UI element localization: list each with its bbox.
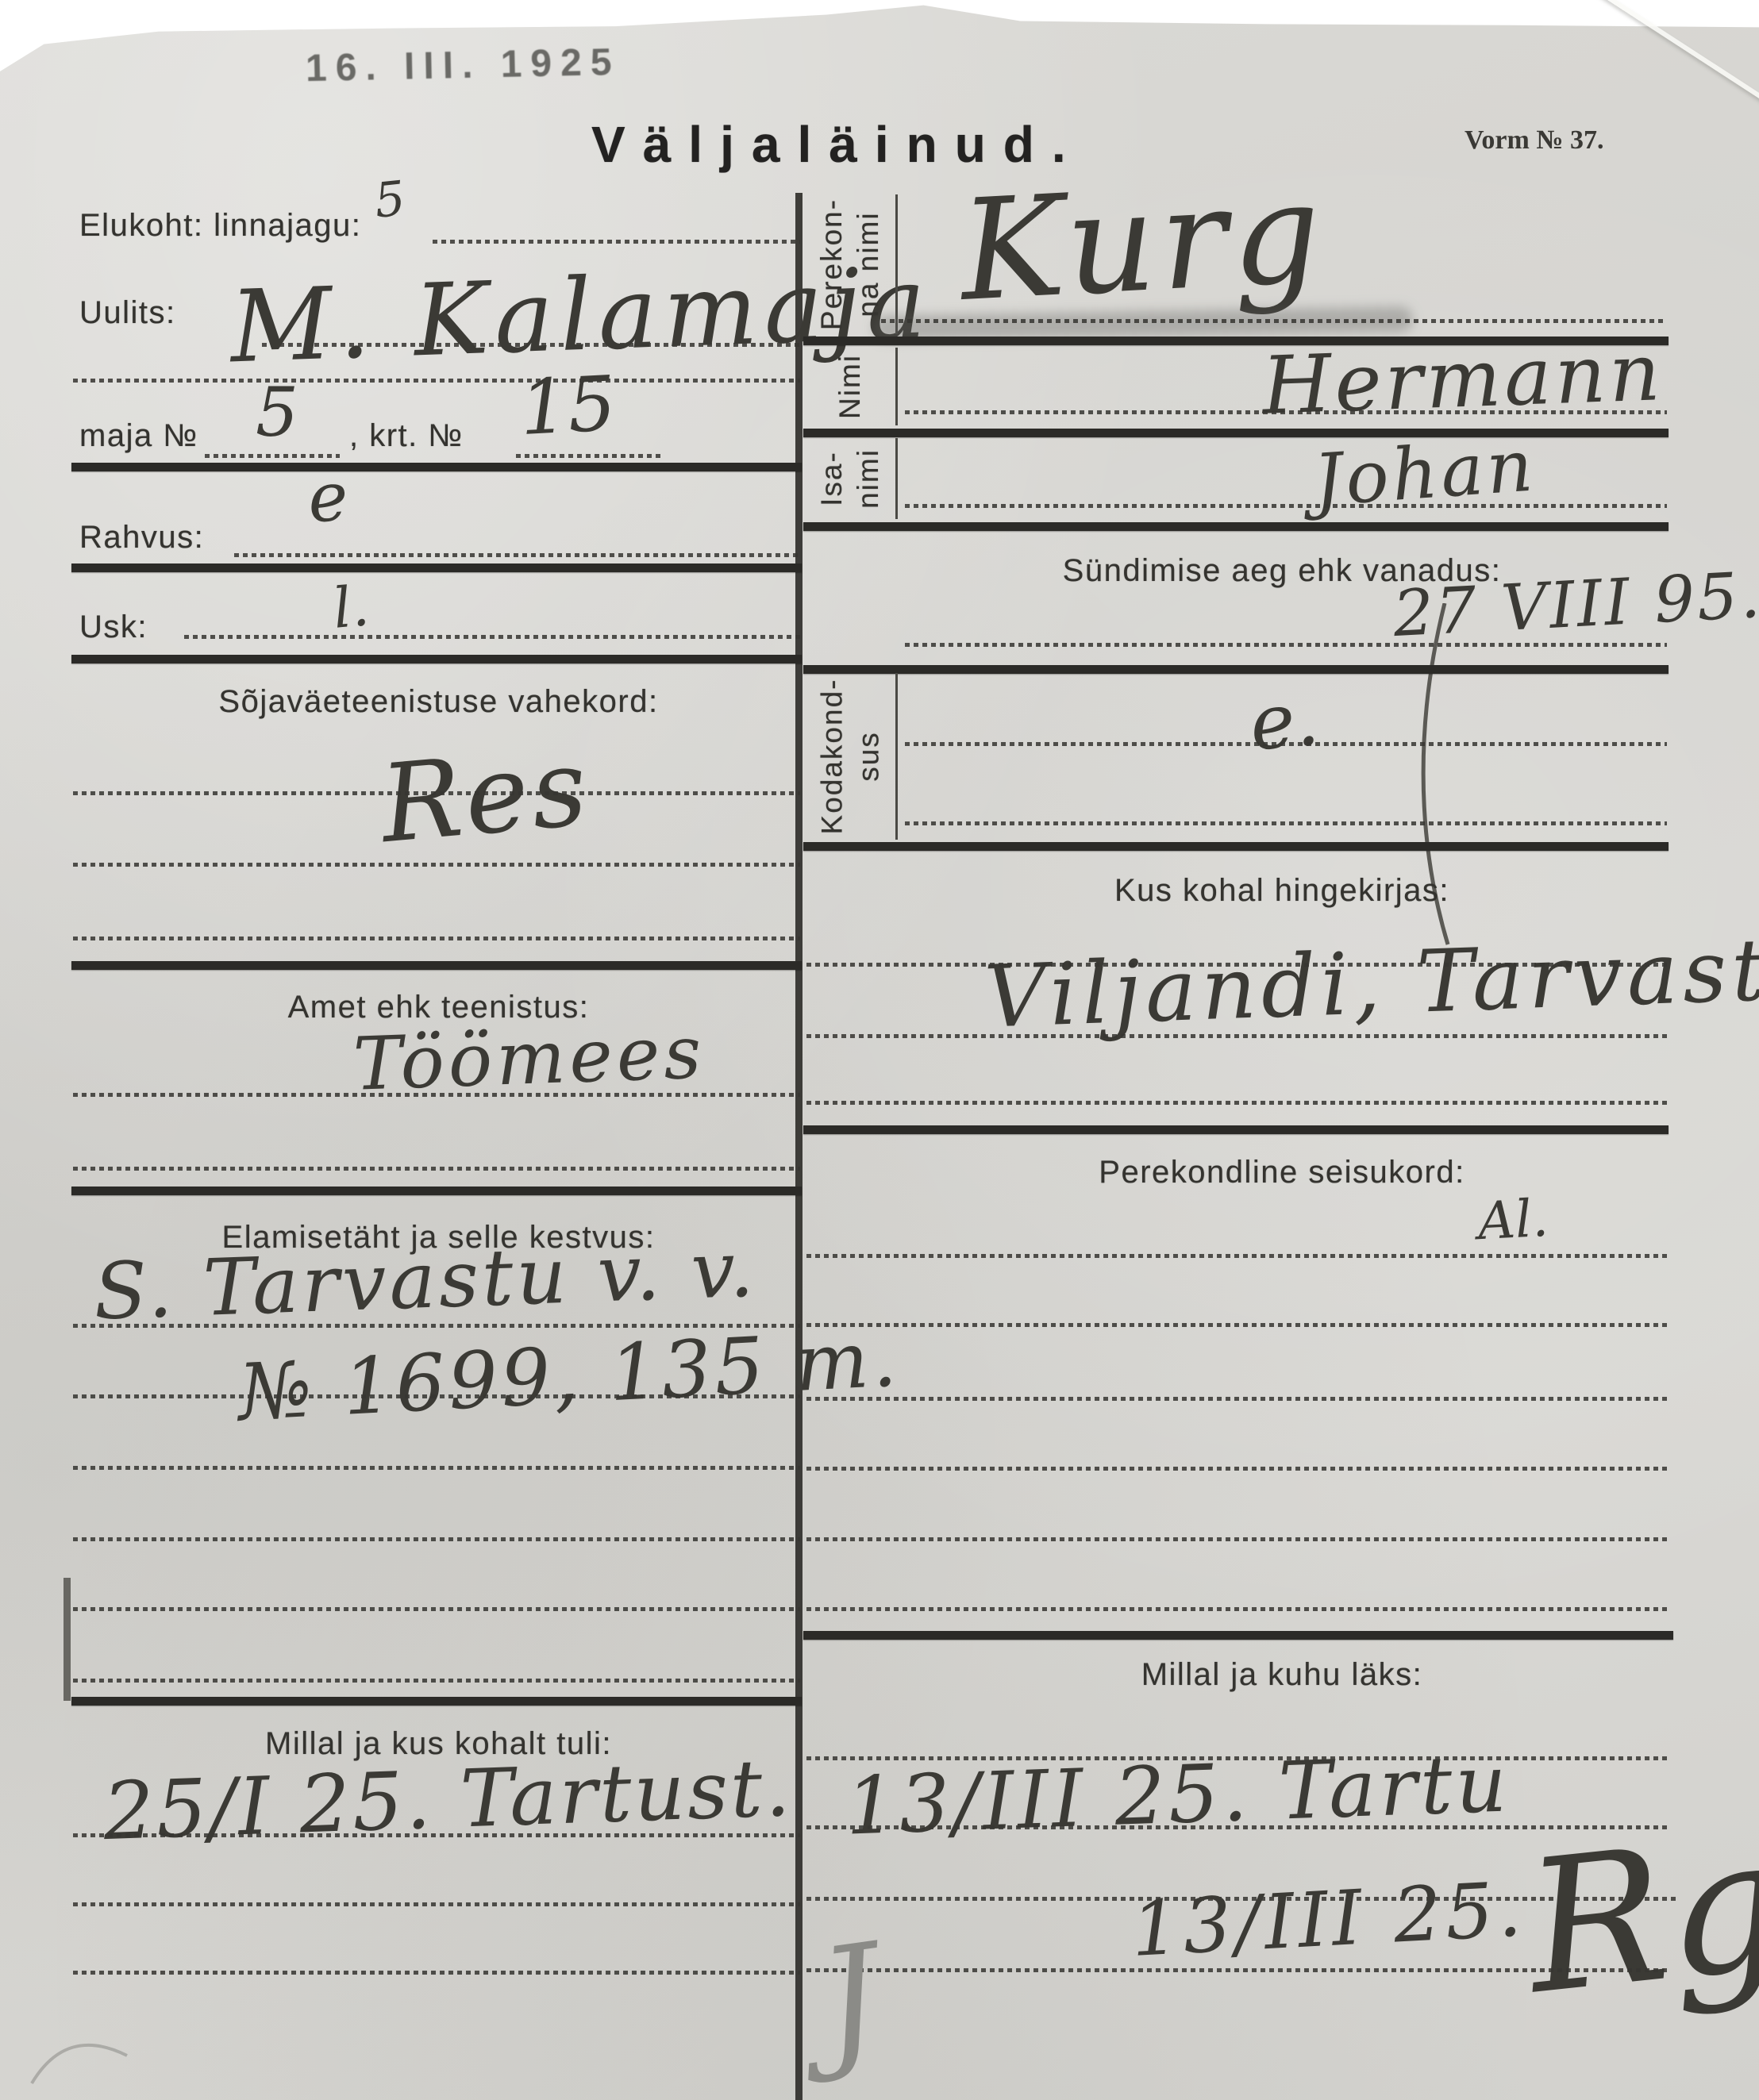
- seisukord-entry: Al.: [1476, 1193, 1549, 1248]
- section-bar: [71, 961, 802, 970]
- isanimi-label-cell: Isa- nimi: [806, 438, 895, 519]
- label-rule: [895, 438, 898, 519]
- maja-label: maja №: [79, 418, 198, 454]
- section-bar: [803, 1631, 1673, 1640]
- rahvus-entry: e: [306, 463, 350, 533]
- laks-entry-2: 13/III 25.: [1130, 1872, 1527, 1968]
- maja-entry: 5: [256, 379, 298, 447]
- elukoht-label: Elukoht: linnajagu:: [79, 208, 361, 244]
- dotted-line: [433, 240, 800, 244]
- dotted-line: [905, 410, 1667, 414]
- dotted-line: [806, 1254, 1667, 1258]
- dotted-line: [881, 319, 1667, 323]
- section-bar: [71, 463, 802, 471]
- dotted-line: [905, 643, 1667, 647]
- kodakondsus-entry: e.: [1247, 681, 1322, 762]
- hingekiri-label: Kus kohal hingekirjas:: [897, 873, 1667, 909]
- section-bar: [71, 1187, 802, 1195]
- sojavagi-label: Sõjaväeteenistuse vahekord:: [75, 684, 802, 720]
- elamistaht-entry-1: S. Tarvastu v. v.: [93, 1230, 759, 1331]
- dotted-line: [73, 791, 800, 795]
- perekonnanimi-label-line1: Perekon-: [815, 198, 848, 330]
- elukoht-entry: 5: [372, 175, 407, 225]
- section-bar: [803, 429, 1669, 437]
- perekonnanimi-label-cell: Perekon- na nimi: [806, 194, 895, 334]
- amet-entry: Töömees: [352, 1016, 706, 1101]
- dotted-line: [905, 742, 1667, 746]
- pencil-squiggle: [24, 2020, 135, 2099]
- dotted-line: [806, 1323, 1667, 1327]
- isanimi-label-line2: nimi: [852, 448, 884, 509]
- dotted-line: [905, 821, 1667, 825]
- kodakondsus-label-cell: Kodakond- sus: [806, 673, 895, 840]
- dotted-line: [516, 454, 663, 458]
- section-bar: [71, 563, 802, 572]
- sojavagi-entry: Res: [377, 733, 595, 858]
- dotted-line: [806, 1034, 1667, 1038]
- laks-entry-1: 13/III 25. Tartu: [845, 1744, 1511, 1846]
- form-number: Vorm № 37.: [1465, 125, 1604, 156]
- label-rule: [895, 194, 898, 334]
- dotted-line: [184, 635, 800, 639]
- dotted-line: [73, 1971, 800, 1975]
- dotted-line: [205, 454, 340, 458]
- section-bar: [803, 665, 1669, 674]
- section-bar: [71, 655, 802, 663]
- section-bar: [803, 842, 1669, 851]
- dotted-line: [73, 379, 800, 383]
- column-divider: [795, 193, 803, 2100]
- usk-entry: l.: [331, 578, 371, 637]
- dotted-line: [73, 1394, 800, 1398]
- dotted-line: [806, 963, 1667, 967]
- kodakondsus-label-line2: sus: [852, 731, 884, 782]
- dotted-line: [73, 1093, 800, 1097]
- label-rule: [895, 348, 898, 425]
- dotted-line: [73, 1607, 800, 1611]
- scan-edge-mark: [64, 1578, 71, 1701]
- dotted-line: [806, 1968, 1667, 1972]
- dotted-line: [905, 504, 1667, 508]
- section-bar: [803, 522, 1669, 531]
- page-title: Väljaläinud.: [591, 115, 1083, 174]
- dotted-line: [806, 1607, 1667, 1611]
- dotted-line: [806, 1467, 1667, 1471]
- dotted-line: [73, 937, 800, 940]
- dotted-line: [73, 1466, 800, 1470]
- dotted-line: [234, 553, 800, 557]
- dotted-line: [73, 1902, 800, 1906]
- dotted-line: [73, 1537, 800, 1541]
- dotted-line: [806, 1397, 1667, 1401]
- krt-entry: 15: [518, 367, 618, 447]
- seisukord-label: Perekondline seisukord:: [897, 1155, 1667, 1190]
- dotted-line: [806, 1101, 1667, 1105]
- scanned-registration-card: 16. III. 1925 Väljaläinud. Vorm № 37. El…: [0, 0, 1759, 2100]
- dotted-line: [73, 1679, 800, 1683]
- nimi-label-cell: Nimi: [806, 348, 895, 425]
- label-rule: [895, 673, 898, 840]
- kodakondsus-label-line1: Kodakond-: [815, 679, 848, 835]
- krt-label: , krt. №: [349, 418, 464, 454]
- date-stamp: 16. III. 1925: [305, 40, 621, 90]
- nimi-label: Nimi: [833, 354, 866, 419]
- uulits-label: Uulits:: [79, 295, 176, 331]
- rahvus-label: Rahvus:: [79, 520, 204, 556]
- perekonnanimi-label-line2: na nimi: [852, 211, 884, 317]
- laks-label: Millal ja kuhu läks:: [897, 1657, 1667, 1693]
- perekonnanimi-entry: Kurg: [957, 163, 1329, 321]
- isanimi-label-line1: Isa-: [815, 451, 848, 506]
- dotted-line: [73, 863, 800, 867]
- dotted-line: [73, 1833, 800, 1837]
- usk-label: Usk:: [79, 610, 148, 645]
- section-bar: [803, 1125, 1669, 1134]
- dotted-line: [806, 1537, 1667, 1541]
- section-bar: [71, 1697, 802, 1706]
- dotted-line: [73, 1167, 800, 1171]
- ink-flourish: Rg: [1519, 1813, 1759, 2021]
